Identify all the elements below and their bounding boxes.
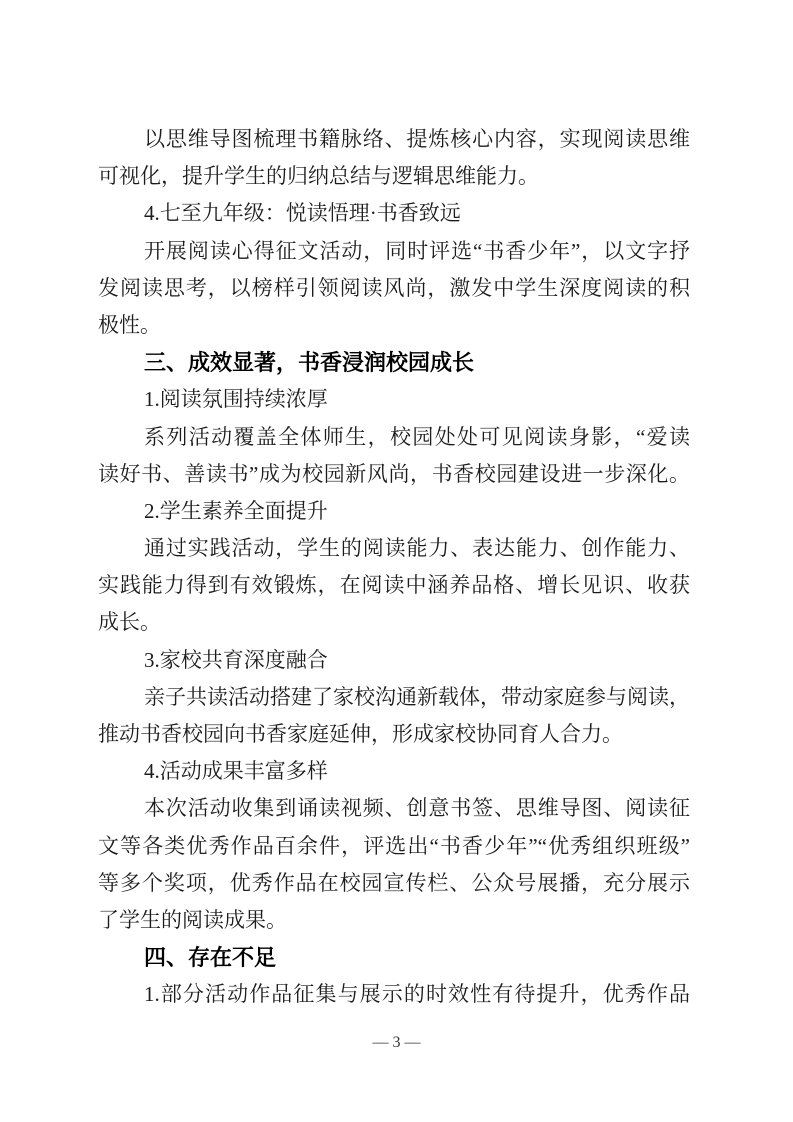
text-line: 亲子共读活动搭建了家校沟通新载体，带动家庭参与阅读，: [98, 679, 690, 716]
text-line: 3.家校共育深度融合: [98, 642, 690, 679]
text-line: 推动书香校园向书香家庭延伸，形成家校协同育人合力。: [98, 716, 690, 753]
text-line: 通过实践活动，学生的阅读能力、表达能力、创作能力、: [98, 530, 690, 567]
text-line: 4.活动成果丰富多样: [98, 753, 690, 790]
page-footer: — 3 —: [0, 1034, 793, 1052]
text-line: 系列活动覆盖全体师生，校园处处可见阅读身影，“爱读书、: [98, 419, 690, 456]
text-line: 4.七至九年级：悦读悟理·书香致远: [98, 195, 690, 232]
text-line: 读好书、善读书”成为校园新风尚，书香校园建设进一步深化。: [98, 456, 690, 493]
text-line: 了学生的阅读成果。: [98, 902, 690, 939]
text-line: 以思维导图梳理书籍脉络、提炼核心内容，实现阅读思维: [98, 121, 690, 158]
section-heading: 四、存在不足: [98, 939, 690, 976]
text-line: 实践能力得到有效锻炼，在阅读中涵养品格、增长见识、收获: [98, 567, 690, 604]
text-line: 可视化，提升学生的归纳总结与逻辑思维能力。: [98, 158, 690, 195]
document-page: 以思维导图梳理书籍脉络、提炼核心内容，实现阅读思维可视化，提升学生的归纳总结与逻…: [0, 0, 793, 1122]
text-line: 本次活动收集到诵读视频、创意书签、思维导图、阅读征: [98, 790, 690, 827]
text-line: 1.部分活动作品征集与展示的时效性有待提升，优秀作品: [98, 976, 690, 1013]
text-line: 1.阅读氛围持续浓厚: [98, 381, 690, 418]
text-line: 等多个奖项，优秀作品在校园宣传栏、公众号展播，充分展示: [98, 865, 690, 902]
text-line: 成长。: [98, 604, 690, 641]
text-line: 开展阅读心得征文活动，同时评选“书香少年”，以文字抒: [98, 233, 690, 270]
text-line: 2.学生素养全面提升: [98, 493, 690, 530]
section-heading: 三、成效显著，书香浸润校园成长: [98, 344, 690, 381]
page-number: — 3 —: [373, 1034, 421, 1051]
text-line: 发阅读思考，以榜样引领阅读风尚，激发中学生深度阅读的积: [98, 270, 690, 307]
text-line: 极性。: [98, 307, 690, 344]
text-line: 文等各类优秀作品百余件，评选出“书香少年”“优秀组织班级”: [98, 828, 690, 865]
document-body: 以思维导图梳理书籍脉络、提炼核心内容，实现阅读思维可视化，提升学生的归纳总结与逻…: [98, 121, 690, 1014]
